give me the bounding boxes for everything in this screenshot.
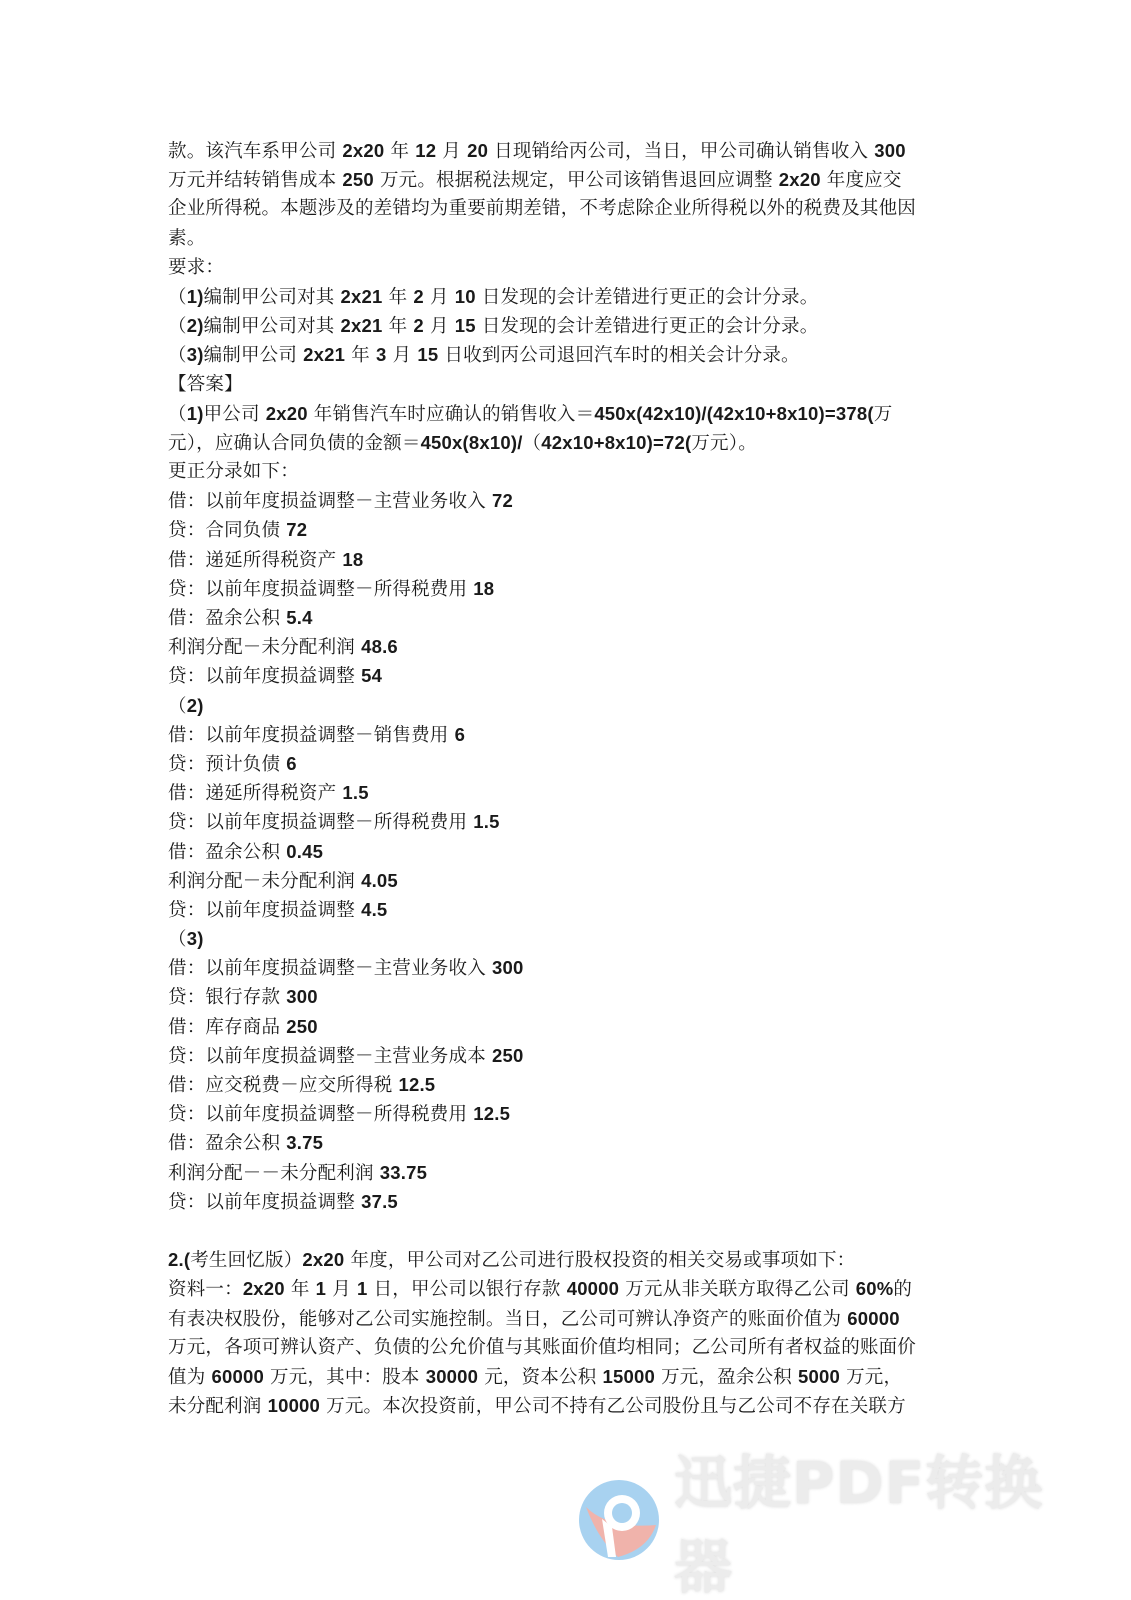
text-segment: 编制甲公司对其	[204, 287, 341, 308]
text-segment: 450x(8x10)/	[421, 432, 523, 453]
text-segment: 未分配利润	[168, 1396, 268, 1417]
document-page: 款。该汽车系甲公司 2x20 年 12 月 20 日现销给丙公司，当日，甲公司确…	[168, 136, 958, 1420]
text-line-g6: 贷：以前年度损益调整－所得税费用 12.5	[168, 1099, 958, 1128]
text-segment: 15	[455, 315, 476, 336]
text-segment: 18	[473, 578, 494, 599]
text-segment: 3	[376, 344, 387, 365]
text-segment: 0.45	[286, 841, 323, 862]
text-segment: 60000	[211, 1366, 263, 1387]
text-segment: 日现销给丙公司，当日，甲公司确认销售收入	[488, 141, 874, 162]
text-line-e7: 贷：以前年度损益调整 54	[168, 661, 958, 690]
text-segment: 日发现的会计差错进行更正的会计分录。	[476, 287, 819, 308]
text-line-q2a: 2.(考生回忆版）2x20 年度，甲公司对乙公司进行股权投资的相关交易或事项如下…	[168, 1245, 958, 1274]
text-segment: 编制甲公司对其	[204, 316, 341, 337]
text-line-p2: 万元并结转销售成本 250 万元。根据税法规定，甲公司该销售退回应调整 2x20…	[168, 165, 958, 194]
text-line-p3: 企业所得税。本题涉及的差错均为重要前期差错，不考虑除企业所得税以外的税费及其他因	[168, 194, 958, 223]
text-segment: 利润分配－－未分配利润	[168, 1163, 380, 1184]
text-segment: 借：递延所得税资产	[168, 783, 342, 804]
text-segment: 300	[492, 957, 523, 978]
text-segment: 30000	[426, 1366, 478, 1387]
text-segment: 250	[286, 1016, 317, 1037]
text-segment: 3)	[187, 344, 204, 365]
text-line-req: 要求：	[168, 253, 958, 282]
text-line-a1c: 更正分录如下：	[168, 457, 958, 486]
text-line-a1b: 元），应确认合同负债的金额＝450x(8x10)/（42x10+8x10)=72…	[168, 428, 958, 457]
text-segment: 2x20	[779, 169, 821, 190]
text-segment: 贷：合同负债	[168, 520, 286, 541]
text-line-req2: （2)编制甲公司对其 2x21 年 2 月 15 日发现的会计差错进行更正的会计…	[168, 311, 958, 340]
text-segment: 72	[286, 519, 307, 540]
text-segment: 要求：	[168, 257, 224, 278]
text-segment: 编制甲公司	[204, 345, 304, 366]
text-segment: 万元，其中：股本	[264, 1367, 426, 1388]
text-line-e1: 借：以前年度损益调整－主营业务收入 72	[168, 486, 958, 515]
text-segment: 借：盈余公积	[168, 842, 286, 863]
text-line-req3: （3)编制甲公司 2x21 年 3 月 15 日收到丙公司退回汽车时的相关会计分…	[168, 340, 958, 369]
text-line-q2b: 资料一：2x20 年 1 月 1 日，甲公司以银行存款 40000 万元从非关联…	[168, 1274, 958, 1303]
text-line-p4: 素。	[168, 224, 958, 253]
text-segment: 月	[326, 1279, 357, 1300]
text-segment: （	[168, 929, 187, 950]
text-segment: 有表决权股份，能够对乙公司实施控制。当日，乙公司可辨认净资产的账面价值为	[168, 1309, 847, 1330]
text-line-f2: 贷：预计负债 6	[168, 749, 958, 778]
text-segment: 2	[413, 315, 424, 336]
text-segment: 1	[316, 1278, 327, 1299]
text-line-ans: 【答案】	[168, 370, 958, 399]
text-line-e3: 借：递延所得税资产 18	[168, 545, 958, 574]
text-segment: 12	[415, 140, 436, 161]
text-line-f3: 借：递延所得税资产 1.5	[168, 778, 958, 807]
text-segment: 万元，	[840, 1367, 902, 1388]
text-segment: 1)	[187, 286, 204, 307]
text-segment: 2x20	[342, 140, 384, 161]
text-segment: 日发现的会计差错进行更正的会计分录。	[476, 316, 819, 337]
text-segment: 250	[492, 1045, 523, 1066]
text-segment: 2x20	[266, 403, 308, 424]
text-segment: 10	[455, 286, 476, 307]
text-segment: 60000	[847, 1308, 899, 1329]
text-segment: 72	[492, 490, 513, 511]
text-segment: 元，资本公积	[478, 1367, 602, 1388]
text-segment: 万元，盈余公积	[655, 1367, 798, 1388]
text-segment: 的	[893, 1279, 912, 1300]
text-line-g1: 借：以前年度损益调整－主营业务收入 300	[168, 953, 958, 982]
text-line-f6: 利润分配－未分配利润 4.05	[168, 866, 958, 895]
text-segment: 20	[467, 140, 488, 161]
text-segment: 贷：以前年度损益调整－所得税费用	[168, 812, 473, 833]
text-line-g8: 利润分配－－未分配利润 33.75	[168, 1158, 958, 1187]
text-segment: 贷：以前年度损益调整	[168, 1192, 361, 1213]
text-segment: 年	[345, 345, 376, 366]
text-segment: 更正分录如下：	[168, 461, 299, 482]
text-segment: 借：以前年度损益调整－主营业务收入	[168, 491, 492, 512]
text-segment: 2x21	[341, 286, 383, 307]
text-segment: 贷：以前年度损益调整	[168, 666, 361, 687]
text-line-g9: 贷：以前年度损益调整 37.5	[168, 1187, 958, 1216]
text-segment: 万元。根据税法规定，甲公司该销售退回应调整	[374, 170, 779, 191]
text-line-f4: 贷：以前年度损益调整－所得税费用 1.5	[168, 807, 958, 836]
text-line-f1: 借：以前年度损益调整－销售费用 6	[168, 720, 958, 749]
text-segment: 2x20	[243, 1278, 285, 1299]
text-segment: 37.5	[361, 1191, 398, 1212]
text-line-q2d: 万元，各项可辨认资产、负债的公允价值与其账面价值均相同；乙公司所有者权益的账面价	[168, 1333, 958, 1362]
text-line-req1: （1)编制甲公司对其 2x21 年 2 月 10 日发现的会计差错进行更正的会计…	[168, 282, 958, 311]
text-segment: 18	[342, 549, 363, 570]
text-segment: 贷：以前年度损益调整－所得税费用	[168, 1104, 473, 1125]
text-segment: 60%	[856, 1278, 894, 1299]
text-segment: （	[168, 316, 187, 337]
text-segment: 2	[413, 286, 424, 307]
text-line-f5: 借：盈余公积 0.45	[168, 837, 958, 866]
text-segment: 10000	[268, 1395, 320, 1416]
text-segment: 年度，甲公司对乙公司进行股权投资的相关交易或事项如下：	[344, 1250, 855, 1271]
text-segment: 借：库存商品	[168, 1017, 286, 1038]
text-segment: 企业所得税。本题涉及的差错均为重要前期差错，不考虑除企业所得税以外的税费及其他因	[168, 198, 916, 219]
text-segment: 万元。本次投资前，甲公司不持有乙公司股份且与乙公司不存在关联方	[320, 1396, 906, 1417]
text-segment: 3.75	[286, 1132, 323, 1153]
text-segment: 6	[286, 753, 297, 774]
text-segment: 300	[874, 140, 905, 161]
text-segment: 2x21	[303, 344, 345, 365]
text-line-g2: 贷：银行存款 300	[168, 982, 958, 1011]
text-segment: （	[523, 433, 542, 454]
text-segment: 2x20	[302, 1249, 344, 1270]
text-segment: 2x21	[341, 315, 383, 336]
text-segment: 250	[342, 169, 373, 190]
text-segment: 4.5	[361, 899, 387, 920]
text-segment: （	[168, 287, 187, 308]
text-line-q2e: 值为 60000 万元，其中：股本 30000 元，资本公积 15000 万元，…	[168, 1362, 958, 1391]
text-line-a1a: （1)甲公司 2x20 年销售汽车时应确认的销售收入＝450x(42x10)/(…	[168, 399, 958, 428]
watermark: 迅捷PDF转换器	[578, 1475, 1098, 1565]
text-segment: 2.(	[168, 1249, 190, 1270]
text-segment: 年销售汽车时应确认的销售收入＝	[308, 404, 595, 425]
text-segment: 万元）。	[691, 433, 757, 454]
text-line-e6: 利润分配－未分配利润 48.6	[168, 632, 958, 661]
watermark-text: 迅捷PDF转换器	[674, 1436, 1098, 1600]
text-segment: 48.6	[361, 636, 398, 657]
text-line-e5: 借：盈余公积 5.4	[168, 603, 958, 632]
text-segment: 4.05	[361, 870, 398, 891]
text-segment: 年	[383, 316, 414, 337]
text-segment: 月	[424, 316, 455, 337]
text-line-g4: 贷：以前年度损益调整－主营业务成本 250	[168, 1041, 958, 1070]
text-line-p1: 款。该汽车系甲公司 2x20 年 12 月 20 日现销给丙公司，当日，甲公司确…	[168, 136, 958, 165]
text-segment: 月	[424, 287, 455, 308]
text-segment: 6	[455, 724, 466, 745]
text-segment: 借：递延所得税资产	[168, 550, 342, 571]
text-segment: 5.4	[286, 607, 312, 628]
text-line-q2f: 未分配利润 10000 万元。本次投资前，甲公司不持有乙公司股份且与乙公司不存在…	[168, 1391, 958, 1420]
text-segment: 3)	[187, 928, 204, 949]
text-line-g7: 借：盈余公积 3.75	[168, 1128, 958, 1157]
text-segment: 2)	[187, 695, 204, 716]
text-segment: 1.5	[342, 782, 368, 803]
text-segment: 年度应交	[821, 170, 902, 191]
text-segment: 值为	[168, 1367, 211, 1388]
text-segment: 资料一：	[168, 1279, 243, 1300]
text-segment: 年	[285, 1279, 316, 1300]
text-segment: 元），应确认合同负债的金额＝	[168, 433, 421, 454]
text-segment: 日，甲公司以银行存款	[368, 1279, 567, 1300]
text-line-blank	[168, 1216, 958, 1245]
text-segment: 15	[417, 344, 438, 365]
text-line-s2: （2)	[168, 691, 958, 720]
text-segment: 甲公司	[204, 404, 266, 425]
text-segment: 素。	[168, 228, 205, 249]
text-line-s3: （3)	[168, 924, 958, 953]
text-segment: 利润分配－未分配利润	[168, 871, 361, 892]
text-segment: 月	[387, 345, 418, 366]
text-segment: 42x10+8x10)=72(	[541, 432, 691, 453]
text-segment: 33.75	[380, 1162, 427, 1183]
text-segment: （	[168, 696, 187, 717]
text-segment: 利润分配－未分配利润	[168, 637, 361, 658]
text-line-e4: 贷：以前年度损益调整－所得税费用 18	[168, 574, 958, 603]
text-segment: 1.5	[473, 811, 499, 832]
text-segment: 日收到丙公司退回汽车时的相关会计分录。	[438, 345, 799, 366]
text-segment: 万元，各项可辨认资产、负债的公允价值与其账面价值均相同；乙公司所有者权益的账面价	[168, 1337, 916, 1358]
text-segment: 40000	[567, 1278, 619, 1299]
pdf-converter-logo-icon	[578, 1479, 660, 1561]
text-line-e2: 贷：合同负债 72	[168, 515, 958, 544]
text-segment: 借：盈余公积	[168, 1133, 286, 1154]
text-segment: 贷：以前年度损益调整－主营业务成本	[168, 1046, 492, 1067]
text-segment: 5000	[798, 1366, 840, 1387]
text-segment: 万元并结转销售成本	[168, 170, 342, 191]
text-segment: 【答案】	[168, 374, 243, 395]
text-segment: （	[168, 404, 187, 425]
text-segment: 15000	[603, 1366, 655, 1387]
text-segment: 贷：银行存款	[168, 987, 286, 1008]
text-line-g3: 借：库存商品 250	[168, 1012, 958, 1041]
text-segment: 年	[383, 287, 414, 308]
text-segment: （	[168, 345, 187, 366]
text-segment: 12.5	[398, 1074, 435, 1095]
text-line-g5: 借：应交税费－应交所得税 12.5	[168, 1070, 958, 1099]
text-segment: 2)	[187, 315, 204, 336]
text-segment: 贷：以前年度损益调整－所得税费用	[168, 579, 473, 600]
text-line-q2c: 有表决权股份，能够对乙公司实施控制。当日，乙公司可辨认净资产的账面价值为 600…	[168, 1304, 958, 1333]
text-segment: 月	[436, 141, 467, 162]
text-segment: 考生回忆版）	[190, 1250, 302, 1271]
text-segment: 300	[286, 986, 317, 1007]
text-segment: 万元从非关联方取得乙公司	[619, 1279, 856, 1300]
text-segment: 借：盈余公积	[168, 608, 286, 629]
text-segment: 1)	[187, 403, 204, 424]
text-segment: 借：应交税费－应交所得税	[168, 1075, 398, 1096]
text-segment: 借：以前年度损益调整－主营业务收入	[168, 958, 492, 979]
text-segment: 年	[384, 141, 415, 162]
text-segment: 1	[357, 1278, 368, 1299]
text-segment: 贷：以前年度损益调整	[168, 900, 361, 921]
text-segment: 万	[874, 404, 893, 425]
text-segment: 款。该汽车系甲公司	[168, 141, 342, 162]
text-segment: 借：以前年度损益调整－销售费用	[168, 725, 455, 746]
text-segment: 54	[361, 665, 382, 686]
text-segment: 贷：预计负债	[168, 754, 286, 775]
text-segment: 12.5	[473, 1103, 510, 1124]
text-line-f7: 贷：以前年度损益调整 4.5	[168, 895, 958, 924]
text-segment: 450x(42x10)/(42x10+8x10)=378(	[594, 403, 873, 424]
